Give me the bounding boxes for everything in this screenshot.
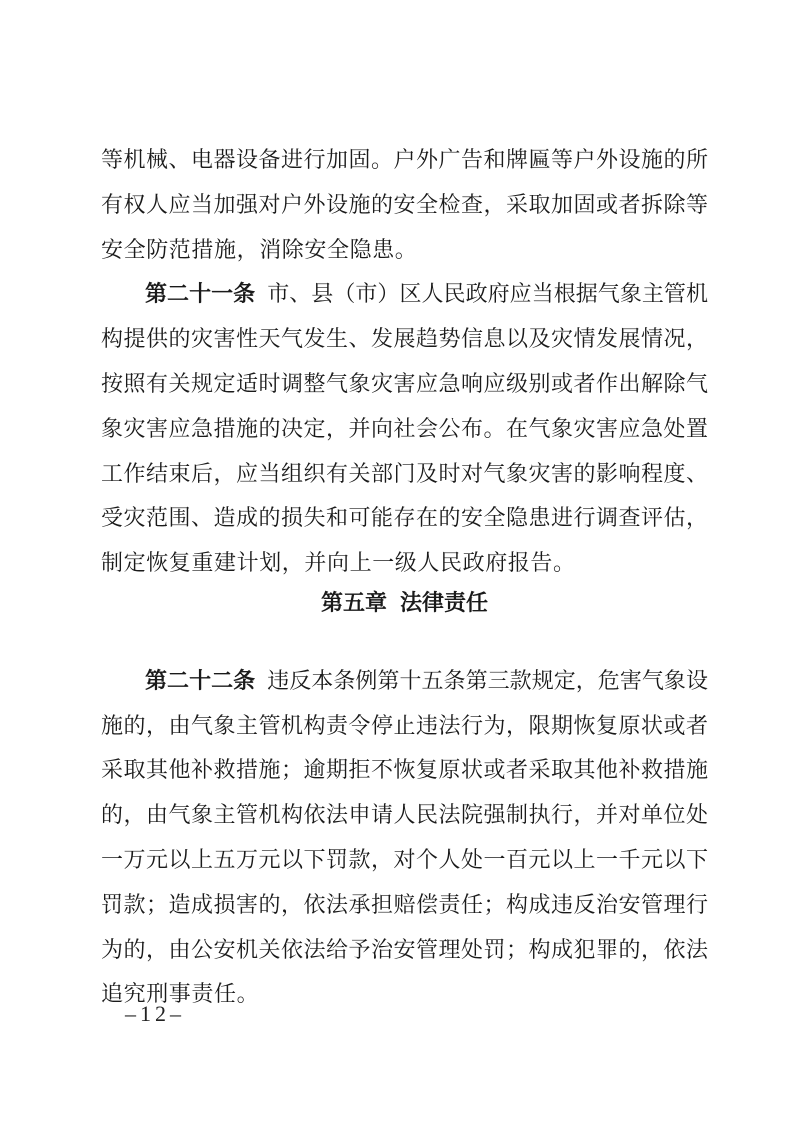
article-21-first-text: 市、县（市）区人民政府应当根据气象主管机 — [267, 281, 708, 306]
article-22-first-text: 违反本条例第十五条第三款规定，危害气象设 — [267, 668, 708, 693]
body-line: 受灾范围、造成的损失和可能存在的安全隐患进行调查评估， — [101, 496, 708, 541]
body-line: 象灾害应急措施的决定，并向社会公布。在气象灾害应急处置 — [101, 407, 708, 452]
article-21-first-line: 第二十一条市、县（市）区人民政府应当根据气象主管机 — [101, 272, 708, 317]
chapter-heading: 第五章 法律责任 — [101, 581, 708, 626]
body-line: 一万元以上五万元以下罚款，对个人处一百元以上一千元以下 — [101, 838, 708, 883]
body-line: 工作结束后，应当组织有关部门及时对气象灾害的影响程度、 — [101, 452, 708, 497]
paragraph-article-21: 第二十一条市、县（市）区人民政府应当根据气象主管机 构提供的灾害性天气发生、发展… — [101, 272, 708, 586]
article-22-number: 第二十二条 — [145, 668, 255, 693]
paragraph-article-22: 第二十二条违反本条例第十五条第三款规定，危害气象设 施的，由气象主管机构责令停止… — [101, 659, 708, 1017]
body-line: 的，由气象主管机构依法申请人民法院强制执行，并对单位处 — [101, 793, 708, 838]
body-line: 安全防范措施，消除安全隐患。 — [101, 228, 708, 273]
body-line: 有权人应当加强对户外设施的安全检查，采取加固或者拆除等 — [101, 183, 708, 228]
document-page: 等机械、电器设备进行加固。户外广告和牌匾等户外设施的所 有权人应当加强对户外设施… — [0, 0, 793, 1122]
article-22-first-line: 第二十二条违反本条例第十五条第三款规定，危害气象设 — [101, 659, 708, 704]
document-body: 等机械、电器设备进行加固。户外广告和牌匾等户外设施的所 有权人应当加强对户外设施… — [101, 138, 708, 1017]
body-line: 为的，由公安机关依法给予治安管理处罚；构成犯罪的，依法 — [101, 928, 708, 973]
article-21-number: 第二十一条 — [145, 281, 255, 306]
page-number: –12– — [125, 1001, 185, 1027]
body-line: 施的，由气象主管机构责令停止违法行为，限期恢复原状或者 — [101, 704, 708, 749]
body-line: 追究刑事责任。 — [101, 972, 708, 1017]
body-line: 等机械、电器设备进行加固。户外广告和牌匾等户外设施的所 — [101, 138, 708, 183]
body-line: 采取其他补救措施；逾期拒不恢复原状或者采取其他补救措施 — [101, 748, 708, 793]
body-line: 罚款；造成损害的，依法承担赔偿责任；构成违反治安管理行 — [101, 883, 708, 928]
body-line: 构提供的灾害性天气发生、发展趋势信息以及灾情发展情况， — [101, 317, 708, 362]
body-line: 制定恢复重建计划，并向上一级人民政府报告。 — [101, 541, 708, 586]
paragraph-continuation: 等机械、电器设备进行加固。户外广告和牌匾等户外设施的所 有权人应当加强对户外设施… — [101, 138, 708, 272]
body-line: 按照有关规定适时调整气象灾害应急响应级别或者作出解除气 — [101, 362, 708, 407]
